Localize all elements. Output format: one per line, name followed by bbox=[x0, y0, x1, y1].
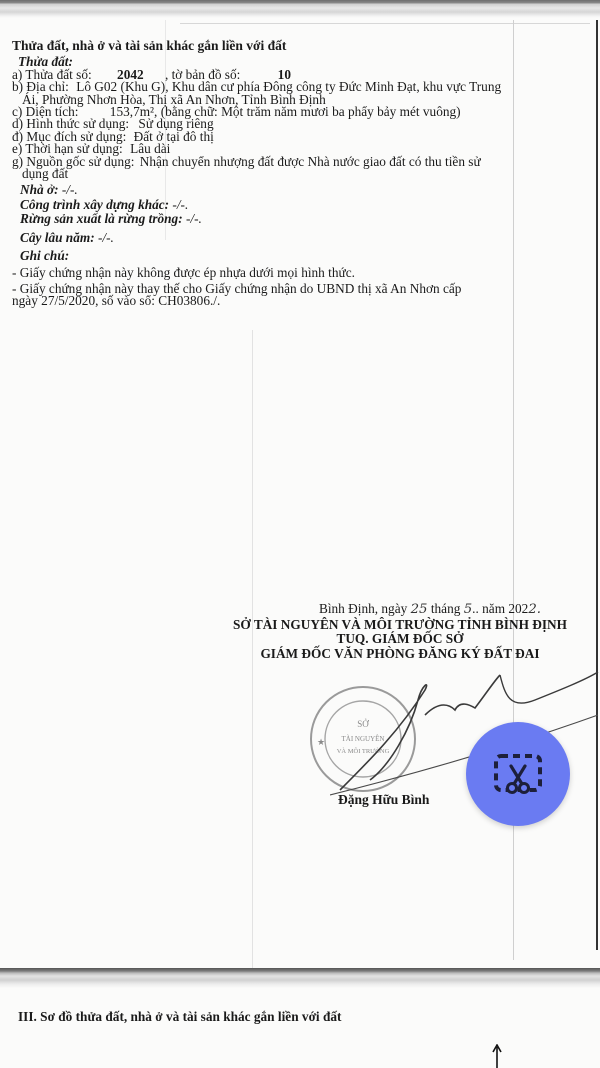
date-year-suffix: 2. bbox=[528, 602, 541, 617]
date-month: 5 bbox=[464, 602, 472, 617]
stamp-star-icon: ★ bbox=[317, 737, 325, 747]
place-date-prefix: Bình Định, ngày bbox=[319, 601, 407, 616]
other-construction-row: Công trình xây dựng khác: -/-. bbox=[20, 199, 592, 211]
signer-name: Đặng Hữu Bình bbox=[338, 792, 429, 808]
screenshot-crop-button[interactable] bbox=[466, 722, 570, 826]
issuing-org: SỞ TÀI NGUYÊN VÀ MÔI TRƯỜNG TỈNH BÌNH ĐỊ… bbox=[200, 618, 600, 633]
production-forest-row: Rừng sản xuất là rừng trồng: -/-. bbox=[20, 213, 592, 225]
year-label: năm 202 bbox=[482, 601, 528, 616]
house-value: -/-. bbox=[62, 182, 78, 197]
origin-value: Nhận chuyển nhượng đất được Nhà nước gia… bbox=[140, 154, 481, 169]
notes-label: Ghi chú: bbox=[20, 250, 592, 262]
section-title: Thửa đất, nhà ở và tài sản khác gắn liền… bbox=[12, 40, 592, 52]
north-arrow-icon bbox=[492, 1044, 502, 1068]
page-border bbox=[596, 20, 598, 950]
screenshot-crop-scissors-icon bbox=[492, 752, 544, 796]
house-row: Nhà ở: -/-. bbox=[20, 184, 592, 196]
perennial-trees-row: Cây lâu năm: -/-. bbox=[20, 232, 592, 244]
perennial-trees-label: Cây lâu năm: bbox=[20, 230, 95, 245]
page-top-edge bbox=[0, 0, 600, 18]
production-forest-value: -/-. bbox=[186, 211, 202, 226]
section3-title: III. Sơ đồ thửa đất, nhà ở và tài sản kh… bbox=[18, 1009, 341, 1025]
month-label: tháng bbox=[431, 601, 461, 616]
signature-block: Bình Định, ngày 25 tháng 5.. năm 2022. S… bbox=[200, 602, 600, 661]
land-info-section: Thửa đất, nhà ở và tài sản khác gắn liền… bbox=[12, 40, 592, 308]
note-item: ngày 27/5/2020, số vào sổ: CH03806./. bbox=[12, 295, 592, 307]
house-label: Nhà ở: bbox=[20, 182, 59, 197]
production-forest-label: Rừng sản xuất là rừng trồng: bbox=[20, 211, 183, 226]
divider bbox=[180, 23, 590, 24]
authorization-line: TUQ. GIÁM ĐỐC SỞ bbox=[200, 632, 600, 647]
page-separator bbox=[0, 968, 600, 988]
place-date: Bình Định, ngày 25 tháng 5.. năm 2022. bbox=[200, 602, 600, 618]
origin-row: g) Nguồn gốc sử dụng: Nhận chuyển nhượng… bbox=[12, 156, 592, 168]
office-title: GIÁM ĐỐC VĂN PHÒNG ĐĂNG KÝ ĐẤT ĐAI bbox=[200, 647, 600, 662]
other-construction-value: -/-. bbox=[172, 197, 188, 212]
origin-value-cont: dụng đất bbox=[12, 168, 592, 180]
land-heading: Thửa đất: bbox=[18, 56, 592, 68]
perennial-trees-value: -/-. bbox=[98, 230, 114, 245]
note-item: - Giấy chứng nhận này không được ép nhựa… bbox=[12, 267, 592, 279]
other-construction-label: Công trình xây dựng khác: bbox=[20, 197, 169, 212]
date-day: 25 bbox=[411, 602, 428, 617]
